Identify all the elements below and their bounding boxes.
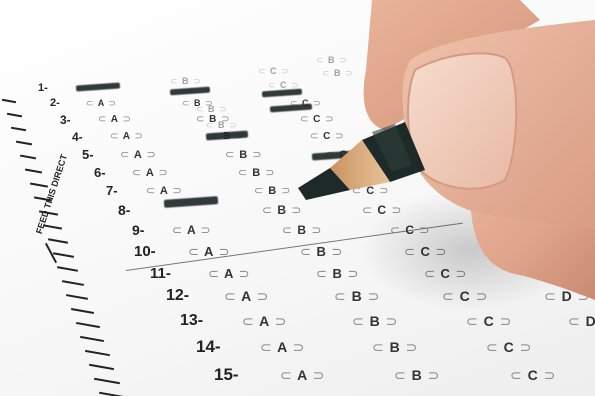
timing-mark (53, 252, 74, 258)
answer-bubble-b[interactable]: ⊂ B ⊃ (282, 223, 322, 237)
answer-bubble-a[interactable]: ⊂ A ⊃ (260, 339, 305, 356)
timing-mark (66, 294, 88, 300)
answer-bubble-a[interactable]: ⊂ A ⊃ (242, 313, 287, 330)
question-number: 2- (50, 97, 60, 109)
answer-bubble[interactable]: ⊂ B ⊃ (316, 55, 348, 66)
answer-bubble-b[interactable]: ⊂ B ⊃ (352, 313, 398, 330)
answer-bubble-b[interactable]: ⊂ B ⊃ (300, 244, 343, 260)
answer-bubble-c[interactable]: ⊂ C ⊃ (390, 223, 430, 237)
timing-mark (30, 182, 48, 187)
answer-bubble-c[interactable]: ⊂ C ⊃ (362, 203, 402, 217)
answer-bubble-c[interactable]: ⊂ C ⊃ (340, 166, 378, 179)
answer-bubble-b[interactable]: ⊂ B ⊃ (196, 114, 231, 125)
answer-bubble-b[interactable]: ⊂ B ⊃ (182, 98, 214, 109)
answer-bubble-b[interactable]: ⊂ B ⊃ (316, 266, 359, 282)
answer-sheet-photo: FEED THIS DIRECT⊂ B ⊃⊂ B ⊃⊂ B ⊃⊂ C ⊃⊂ C … (0, 0, 595, 396)
answer-bubble[interactable]: ⊂ C ⊃ (258, 66, 290, 77)
question-number: 14- (196, 337, 221, 357)
filled-bubble[interactable] (170, 87, 210, 96)
answer-sheet: FEED THIS DIRECT⊂ B ⊃⊂ B ⊃⊂ B ⊃⊂ C ⊃⊂ C … (0, 0, 595, 396)
timing-mark (11, 127, 26, 132)
timing-mark (99, 392, 126, 396)
answer-bubble-c[interactable]: ⊂ C ⊃ (424, 266, 467, 282)
answer-bubble-d[interactable]: ⊂ D ⊃ (568, 313, 595, 330)
answer-bubble-a[interactable]: ⊂ A ⊃ (98, 114, 132, 125)
filled-bubble[interactable] (270, 104, 312, 113)
answer-bubble-a[interactable]: ⊂ A ⊃ (120, 148, 157, 161)
question-number: 11- (150, 265, 171, 282)
answer-bubble[interactable]: ⊂ B ⊃ (170, 76, 202, 87)
timing-mark (16, 141, 32, 146)
timing-mark (71, 308, 94, 314)
answer-bubble[interactable]: ⊂ B ⊃ (322, 68, 354, 79)
answer-bubble-a[interactable]: ⊂ A ⊃ (110, 131, 144, 142)
question-number: 9- (132, 222, 144, 238)
timing-mark (85, 350, 110, 356)
answer-bubble-b[interactable]: ⊂ B ⊃ (225, 148, 263, 161)
filled-bubble[interactable] (262, 89, 302, 98)
answer-bubble-c[interactable]: ⊂ C ⊃ (442, 288, 488, 305)
answer-bubble-d[interactable]: ⊂ D ⊃ (544, 288, 590, 305)
answer-bubble-b[interactable]: ⊂ B ⊃ (238, 166, 276, 179)
filled-bubble[interactable] (76, 82, 120, 91)
timing-mark (76, 322, 100, 328)
answer-bubble-c[interactable]: ⊂ C ⊃ (404, 244, 447, 260)
timing-mark (62, 280, 84, 286)
timing-mark (94, 378, 120, 384)
answer-bubble-d[interactable]: ⊂ D ⊃ (524, 266, 567, 282)
question-number: 8- (118, 202, 130, 218)
timing-mark (25, 169, 42, 174)
question-number: 4- (72, 130, 83, 144)
timing-mark (80, 336, 104, 342)
answer-bubble-a[interactable]: ⊂ A ⊃ (172, 223, 212, 237)
answer-bubble-a[interactable]: ⊂ A ⊃ (188, 244, 230, 260)
timing-mark (89, 364, 114, 370)
timing-mark (48, 238, 68, 243)
question-number: 10- (134, 243, 156, 260)
question-number: 7- (106, 183, 118, 198)
feed-direction-label: FEED THIS DIRECT (34, 153, 69, 235)
answer-bubble-c[interactable]: ⊂ C ⊃ (352, 184, 390, 197)
answer-bubble-b[interactable]: ⊂ B ⊃ (394, 367, 440, 384)
answer-bubble-c[interactable]: ⊂ C ⊃ (466, 313, 512, 330)
question-number: 1- (38, 82, 48, 94)
answer-bubble-c[interactable]: ⊂ C ⊃ (300, 114, 335, 125)
answer-bubble-a[interactable]: ⊂ A ⊃ (224, 288, 269, 305)
filled-bubble[interactable] (164, 196, 218, 208)
question-number: 12- (166, 287, 189, 305)
question-number: 6- (94, 165, 106, 180)
answer-bubble-c[interactable]: ⊂ C ⊃ (510, 367, 556, 384)
answer-bubble-b[interactable]: ⊂ B ⊃ (254, 184, 292, 197)
question-number: 3- (60, 113, 71, 127)
answer-bubble-c[interactable]: ⊂ C ⊃ (486, 339, 532, 356)
answer-bubble-b[interactable]: ⊂ B ⊃ (372, 339, 418, 356)
answer-bubble-c[interactable]: ⊂ C ⊃ (310, 131, 345, 142)
timing-mark (7, 113, 22, 118)
answer-bubble-b[interactable]: ⊂ B ⊃ (262, 203, 302, 217)
answer-bubble-b[interactable]: ⊂ B ⊃ (334, 288, 380, 305)
answer-bubble-a[interactable]: ⊂ A ⊃ (280, 367, 325, 384)
answer-bubble-a[interactable]: ⊂ A ⊃ (86, 98, 117, 109)
timing-mark (20, 155, 36, 160)
timing-mark (2, 99, 16, 103)
answer-bubble-a[interactable]: ⊂ A ⊃ (132, 166, 169, 179)
answer-bubble-a[interactable]: ⊂ A ⊃ (146, 184, 183, 197)
timing-mark (57, 266, 78, 272)
answer-bubble-a[interactable]: ⊂ A ⊃ (208, 266, 250, 282)
question-number: 5- (82, 147, 94, 162)
question-number: 15- (214, 365, 239, 385)
question-number: 13- (180, 312, 203, 330)
